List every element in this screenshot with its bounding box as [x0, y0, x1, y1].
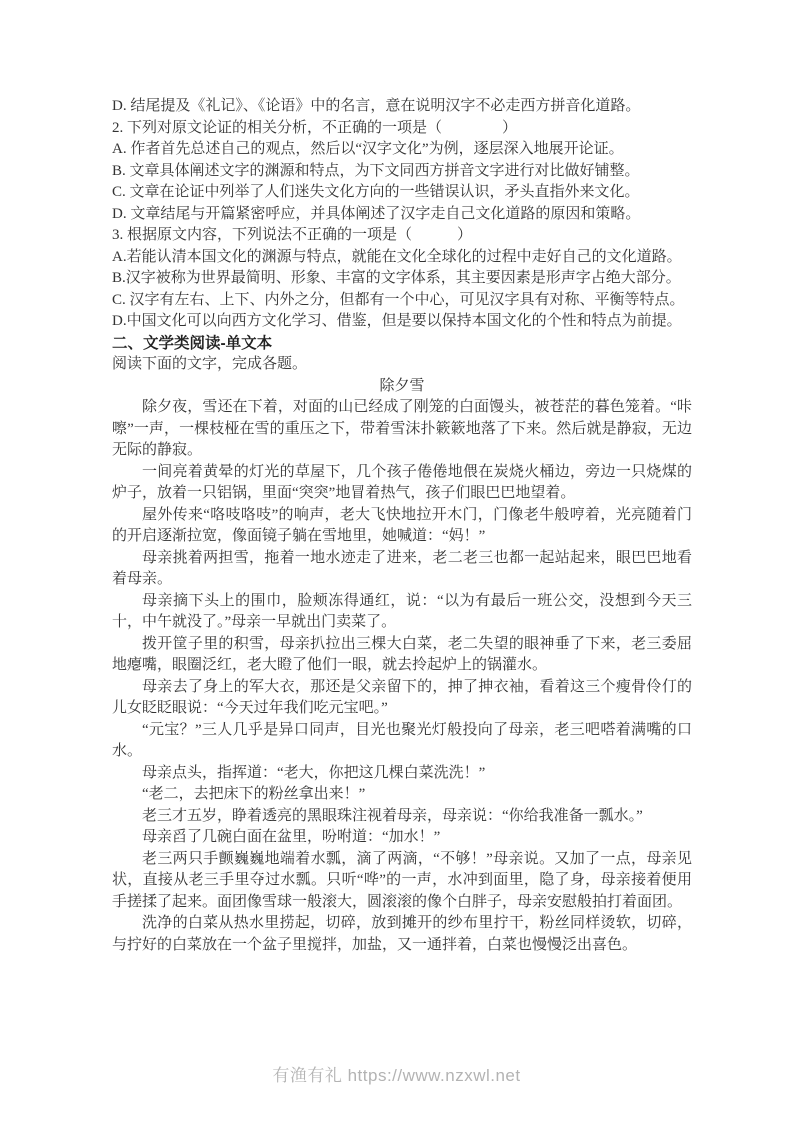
story-paragraph: 老三两只手颤巍巍地端着水瓢，滴了两滴，“不够！”母亲说。又加了一点，母亲见状，直… — [112, 849, 692, 914]
answer-option: C. 汉字有左右、上下、内外之分，但都有一个中心，可见汉字具有对称、平衡等特点。 — [112, 290, 692, 312]
section-heading: 二、文学类阅读-单文本 — [112, 333, 692, 355]
question-stem: 3. 根据原文内容，下列说法不正确的一项是（ ） — [112, 225, 692, 247]
answer-option: A. 作者首先总述自己的观点，然后以“汉字文化”为例，逐层深入地展开论证。 — [112, 139, 692, 161]
story-paragraph: 除夕夜，雪还在下着，对面的山已经成了刚笼的白面馒头，被苍茫的暮色笼着。“咔嚓”一… — [112, 397, 692, 462]
story-paragraph: 老三才五岁，睁着透亮的黑眼珠注视着母亲，母亲说：“你给我准备一瓢水。” — [112, 806, 692, 828]
story-paragraph: 母亲去了身上的军大衣，那还是父亲留下的，抻了抻衣袖，看着这三个瘦骨伶仃的儿女眨眨… — [112, 677, 692, 720]
story-title: 除夕雪 — [112, 376, 692, 398]
answer-option: D. 结尾提及《礼记》、《论语》中的名言，意在说明汉字不必走西方拼音化道路。 — [112, 96, 692, 118]
story-paragraph: “老二，去把床下的粉丝拿出来！” — [112, 784, 692, 806]
answer-option: B.汉字被称为世界最简明、形象、丰富的文字体系，其主要因素是形声字占绝大部分。 — [112, 268, 692, 290]
answer-option: A.若能认清本国文化的渊源与特点，就能在文化全球化的过程中走好自己的文化道路。 — [112, 247, 692, 269]
story-paragraph: 洗净的白菜从热水里捞起，切碎，放到摊开的纱布里拧干，粉丝同样烫软，切碎，与拧好的… — [112, 913, 692, 956]
question-stem: 2. 下列对原文论证的相关分析，不正确的一项是（ ） — [112, 118, 692, 140]
story-paragraph: 一间亮着黄晕的灯光的草屋下，几个孩子倦倦地偎在炭烧火桶边，旁边一只烧煤的炉子，放… — [112, 462, 692, 505]
story-paragraph: “元宝？”三人几乎是异口同声，目光也聚光灯般投向了母亲，老三吧嗒着满嘴的口水。 — [112, 720, 692, 763]
story-paragraph: 母亲挑着两担雪，拖着一地水迹走了进来，老二老三也都一起站起来，眼巴巴地看着母亲。 — [112, 548, 692, 591]
answer-option: D. 文章结尾与开篇紧密呼应，并具体阐述了汉字走自己文化道路的原因和策略。 — [112, 204, 692, 226]
story-paragraph: 屋外传来“咯吱咯吱”的响声，老大飞快地拉开木门，门像老牛般哼着，光亮随着门的开启… — [112, 505, 692, 548]
story-paragraph: 母亲摘下头上的围巾，脸颊冻得通红，说：“以为有最后一班公交，没想到今天三十，中午… — [112, 591, 692, 634]
story-paragraph: 母亲点头，指挥道：“老大，你把这几棵白菜洗洗！” — [112, 763, 692, 785]
story-paragraph: 母亲舀了几碗白面在盆里，吩咐道：“加水！” — [112, 827, 692, 849]
document-page: D. 结尾提及《礼记》、《论语》中的名言，意在说明汉字不必走西方拼音化道路。2.… — [0, 0, 793, 1122]
story-paragraph: 拨开筐子里的积雪，母亲扒拉出三棵大白菜，老二失望的眼神垂了下来，老三委屈地瘪嘴，… — [112, 634, 692, 677]
document-body: D. 结尾提及《礼记》、《论语》中的名言，意在说明汉字不必走西方拼音化道路。2.… — [112, 96, 692, 956]
answer-option: D.中国文化可以向西方文化学习、借鉴，但是要以保持本国文化的个性和特点为前提。 — [112, 311, 692, 333]
reading-instruction: 阅读下面的文字，完成各题。 — [112, 354, 692, 376]
answer-option: B. 文章具体阐述文字的渊源和特点，为下文同西方拼音文字进行对比做好铺整。 — [112, 161, 692, 183]
answer-option: C. 文章在论证中列举了人们迷失文化方向的一些错误认识，矛头直指外来文化。 — [112, 182, 692, 204]
watermark-footer: 有渔有礼 https://www.nzxwl.net — [0, 1061, 793, 1086]
